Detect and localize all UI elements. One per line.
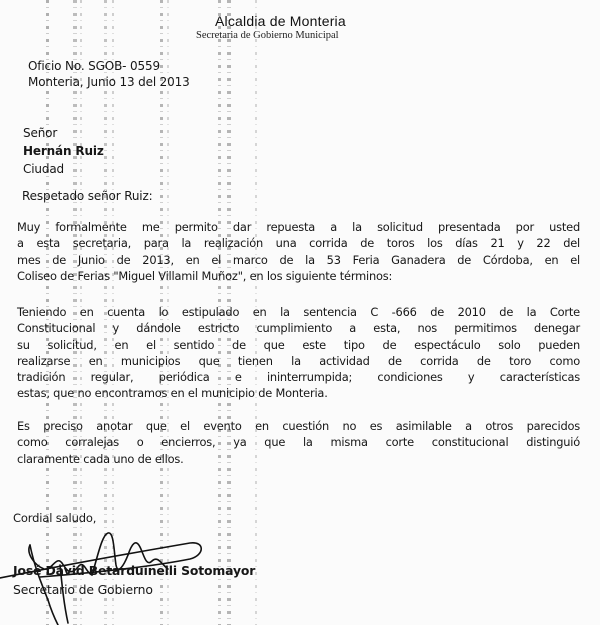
paragraph-line: Es preciso anotar que el evento en cuest…: [17, 418, 580, 434]
signatory-role: Secretario de Gobierno: [13, 582, 153, 598]
paragraph-line: a esta secretaria, para la realización u…: [17, 235, 580, 251]
place-date: Monteria, Junio 13 del 2013: [28, 74, 190, 90]
paragraph-line: claramente cada uno de ellos.: [17, 451, 580, 467]
signatory-name: José David Betarduinelli Sotomayor: [13, 563, 255, 579]
recipient-city: Ciudad: [23, 160, 104, 178]
paragraph-line: como corralejas o encierros, ya que la m…: [17, 434, 580, 450]
paragraph-line: Muy formalmente me permito dar repuesta …: [17, 219, 580, 235]
letterhead-title: Alcaldia de Monteria: [215, 13, 346, 29]
recipient-block: Señor Hernán Ruiz Ciudad: [23, 124, 104, 178]
recipient-title: Señor: [23, 124, 104, 142]
closing-salutation: Cordial saludo,: [13, 510, 96, 526]
paragraph-line: estas, que no encontramos en el municipi…: [17, 385, 580, 401]
body-paragraph-1: Muy formalmente me permito dar repuesta …: [17, 219, 580, 284]
greeting: Respetado señor Ruiz:: [22, 188, 153, 204]
office-number: Oficio No. SGOB- 0559: [28, 58, 190, 74]
letterhead-subtitle: Secretaria de Gobierno Municipal: [196, 30, 339, 41]
body-paragraph-2: Teniendo en cuenta lo estipulado en la s…: [17, 304, 580, 402]
recipient-name: Hernán Ruiz: [23, 142, 104, 160]
paragraph-line: Constitucional y dándole estricto cumpli…: [17, 320, 580, 336]
body-paragraph-3: Es preciso anotar que el evento en cuest…: [17, 418, 580, 467]
paragraph-line: Teniendo en cuenta lo estipulado en la s…: [17, 304, 580, 320]
paragraph-line: Coliseo de Ferias "Miguel Villamil Muñoz…: [17, 268, 580, 284]
paragraph-line: realizarse en municipios que tienen la a…: [17, 353, 580, 369]
reference-block: Oficio No. SGOB- 0559 Monteria, Junio 13…: [28, 58, 190, 90]
paragraph-line: tradición regular, periódica e ininterru…: [17, 369, 580, 385]
scanned-letter-page: Alcaldia de Monteria Secretaria de Gobie…: [0, 0, 600, 625]
paragraph-line: su solicitud, en el sentido de que este …: [17, 337, 580, 353]
paragraph-line: mes de Junio de 2013, en el marco de la …: [17, 252, 580, 268]
